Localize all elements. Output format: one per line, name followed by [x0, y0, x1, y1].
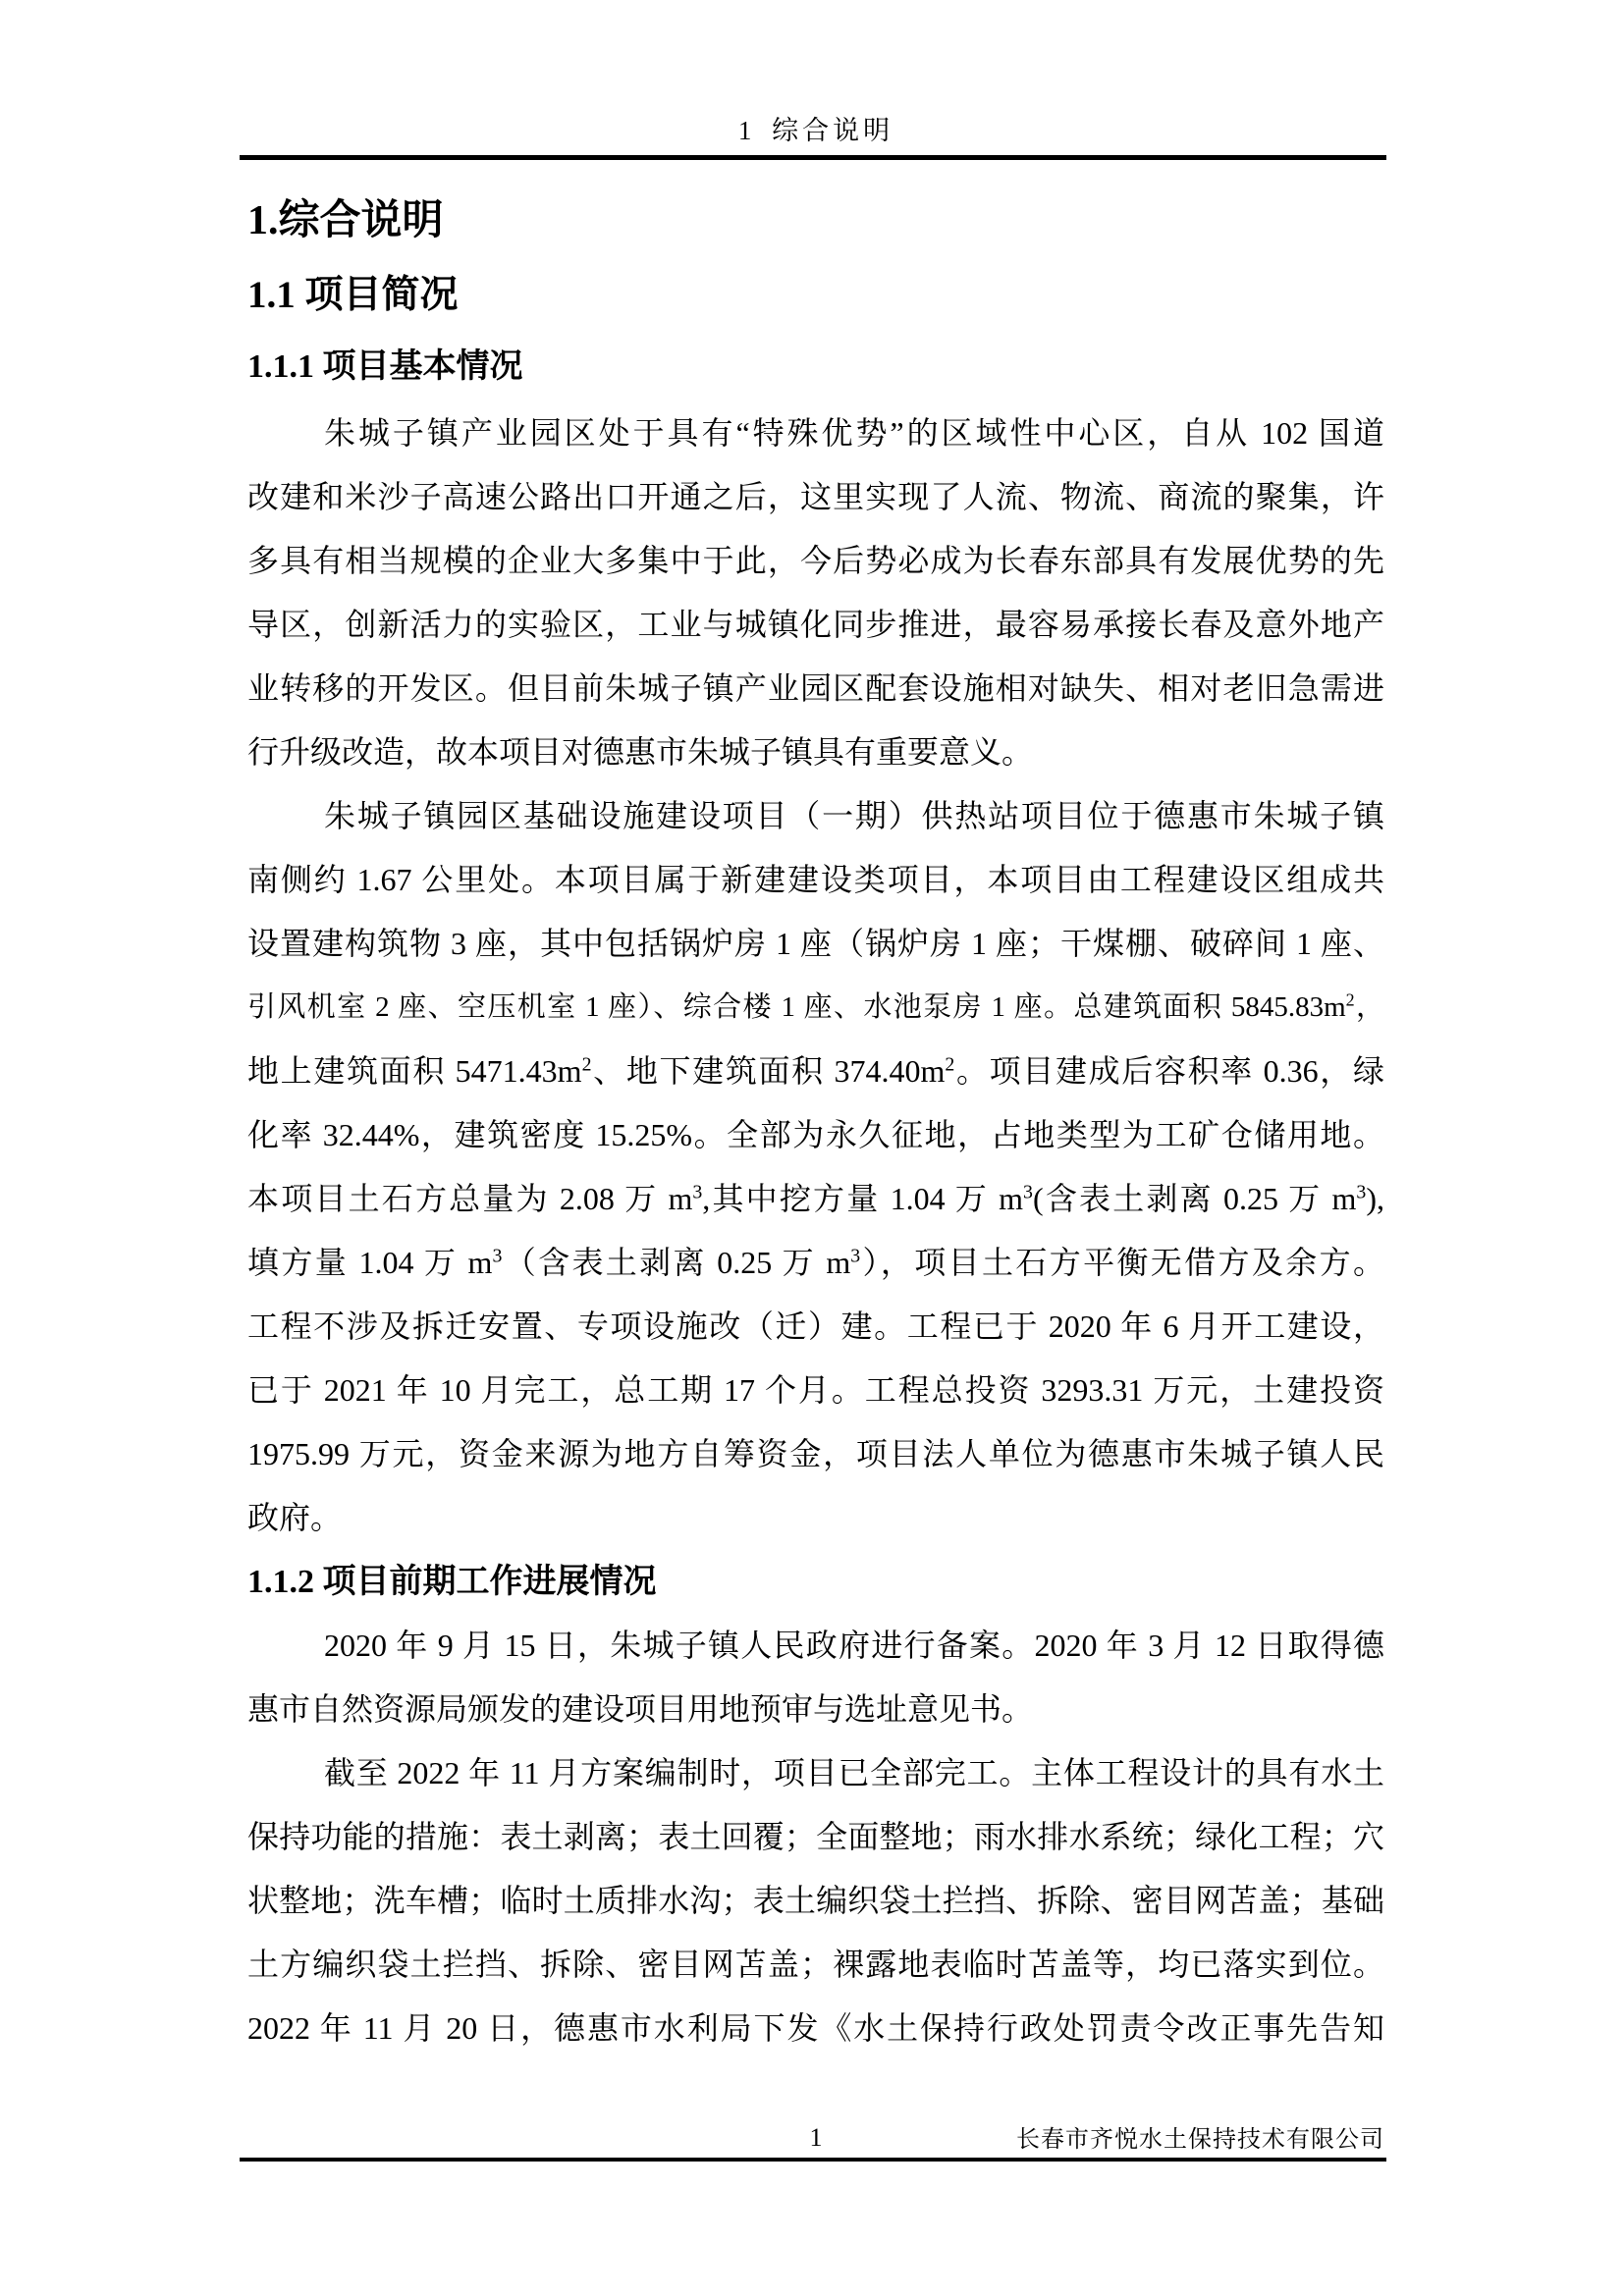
- text-line: 引风机室 2 座、空压机室 1 座）、综合楼 1 座、水池泵房 1 座。总建筑面…: [247, 976, 1384, 1040]
- superscript: 3: [1356, 1181, 1366, 1202]
- superscript: 3: [492, 1245, 502, 1266]
- text-line: 保持功能的措施：表土剥离；表土回覆；全面整地；雨水排水系统；绿化工程；穴: [247, 1805, 1384, 1869]
- section-heading-h3: 1.1.1 项目基本情况: [247, 346, 1384, 389]
- text-line: 多具有相当规模的企业大多集中于此，今后势必成为长春东部具有发展优势的先: [247, 529, 1384, 593]
- text-line: 政府。: [247, 1486, 1384, 1550]
- superscript: 3: [1023, 1181, 1033, 1202]
- text-line: 改建和米沙子高速公路出口开通之后，这里实现了人流、物流、商流的聚集，许: [247, 465, 1384, 529]
- document-page: 1 综合说明 1.综合说明1.1 项目简况1.1.1 项目基本情况朱城子镇产业园…: [0, 0, 1624, 2296]
- superscript: 2: [1346, 989, 1355, 1009]
- text-line: 2022 年 11 月 20 日，德惠市水利局下发《水土保持行政处罚责令改正事先…: [247, 1997, 1384, 2060]
- superscript: 3: [850, 1245, 860, 1266]
- section-heading-h2: 1.1 项目简况: [247, 274, 1384, 317]
- text-line: 设置建构筑物 3 座，其中包括锅炉房 1 座（锅炉房 1 座；干煤棚、破碎间 1…: [247, 912, 1384, 976]
- text-line: 状整地；洗车槽；临时土质排水沟；表土编织袋土拦挡、拆除、密目网苫盖；基础: [247, 1869, 1384, 1933]
- text-line: 截至 2022 年 11 月方案编制时，项目已全部完工。主体工程设计的具有水土: [247, 1741, 1384, 1805]
- document-body: 1.综合说明1.1 项目简况1.1.1 项目基本情况朱城子镇产业园区处于具有“特…: [247, 0, 1384, 2060]
- superscript: 2: [945, 1053, 954, 1075]
- section-heading-h3: 1.1.2 项目前期工作进展情况: [247, 1550, 1384, 1614]
- text-line: 本项目土石方总量为 2.08 万 m3,其中挖方量 1.04 万 m3(含表土剥…: [247, 1167, 1384, 1231]
- superscript: 2: [582, 1053, 592, 1075]
- text-line: 化率 32.44%，建筑密度 15.25%。全部为永久征地，占地类型为工矿仓储用…: [247, 1103, 1384, 1167]
- paragraph: 截至 2022 年 11 月方案编制时，项目已全部完工。主体工程设计的具有水土保…: [247, 1741, 1384, 2060]
- text-line: 朱城子镇产业园区处于具有“特殊优势”的区域性中心区，自从 102 国道: [247, 401, 1384, 465]
- text-line: 行升级改造，故本项目对德惠市朱城子镇具有重要意义。: [247, 721, 1384, 784]
- text-line: 填方量 1.04 万 m3（含表土剥离 0.25 万 m3），项目土石方平衡无借…: [247, 1231, 1384, 1295]
- text-line: 土方编织袋土拦挡、拆除、密目网苫盖；裸露地表临时苫盖等，均已落实到位。: [247, 1933, 1384, 1997]
- paragraph: 朱城子镇产业园区处于具有“特殊优势”的区域性中心区，自从 102 国道改建和米沙…: [247, 401, 1384, 784]
- superscript: 3: [692, 1181, 702, 1202]
- text-line: 南侧约 1.67 公里处。本项目属于新建建设类项目，本项目由工程建设区组成共: [247, 848, 1384, 912]
- text-line: 地上建筑面积 5471.43m2、地下建筑面积 374.40m2。项目建成后容积…: [247, 1040, 1384, 1103]
- text-line: 已于 2021 年 10 月完工，总工期 17 个月。工程总投资 3293.31…: [247, 1359, 1384, 1422]
- footer-company-name: 长春市齐悦水土保持技术有限公司: [1016, 2122, 1384, 2158]
- text-line: 惠市自然资源局颁发的建设项目用地预审与选址意见书。: [247, 1678, 1384, 1741]
- text-line: 2020 年 9 月 15 日，朱城子镇人民政府进行备案。2020 年 3 月 …: [247, 1614, 1384, 1678]
- text-line: 业转移的开发区。但目前朱城子镇产业园区配套设施相对缺失、相对老旧急需进: [247, 657, 1384, 721]
- text-line: 朱城子镇园区基础设施建设项目（一期）供热站项目位于德惠市朱城子镇: [247, 784, 1384, 848]
- section-heading-h1: 1.综合说明: [247, 198, 1384, 243]
- paragraph: 2020 年 9 月 15 日，朱城子镇人民政府进行备案。2020 年 3 月 …: [247, 1614, 1384, 1741]
- text-line: 1975.99 万元，资金来源为地方自筹资金，项目法人单位为德惠市朱城子镇人民: [247, 1422, 1384, 1486]
- paragraph: 朱城子镇园区基础设施建设项目（一期）供热站项目位于德惠市朱城子镇南侧约 1.67…: [247, 784, 1384, 1550]
- text-line: 导区，创新活力的实验区，工业与城镇化同步推进，最容易承接长春及意外地产: [247, 593, 1384, 657]
- page-footer: 1 长春市齐悦水土保持技术有限公司: [247, 2120, 1384, 2156]
- text-line: 工程不涉及拆迁安置、专项设施改（迁）建。工程已于 2020 年 6 月开工建设，: [247, 1295, 1384, 1359]
- footer-rule: [240, 2158, 1386, 2162]
